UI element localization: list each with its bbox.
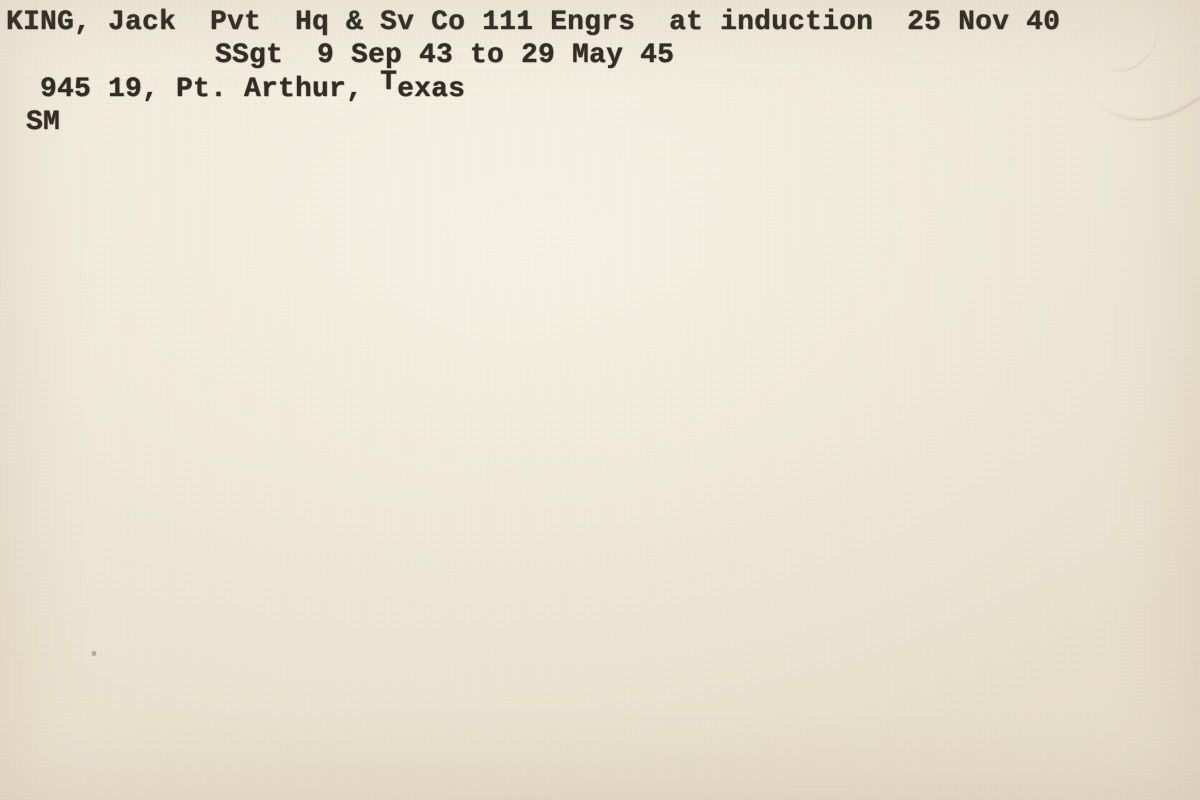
address-prefix-text: 945 19, Pt. Arthur, <box>40 74 380 105</box>
typed-line-name-rank-unit: KING, Jack Pvt Hq & Sv Co 111 Engrs at i… <box>6 9 1060 37</box>
typed-line-promotion-dates: SSgt 9 Sep 43 to 29 May 45 <box>215 42 674 70</box>
corner-crease <box>1045 0 1200 142</box>
paper-texture <box>0 0 1200 800</box>
address-rest-text: exas <box>397 74 465 105</box>
typed-line-address: 945 19, Pt. Arthur, Texas <box>40 76 465 104</box>
index-card: KING, Jack Pvt Hq & Sv Co 111 Engrs at i… <box>0 0 1200 800</box>
typed-line-code: SM <box>26 109 60 137</box>
corner-crease-inner <box>1081 0 1172 80</box>
edge-vignette <box>0 0 1200 800</box>
address-raised-letter: T <box>380 67 397 98</box>
paper-speck <box>92 651 96 656</box>
